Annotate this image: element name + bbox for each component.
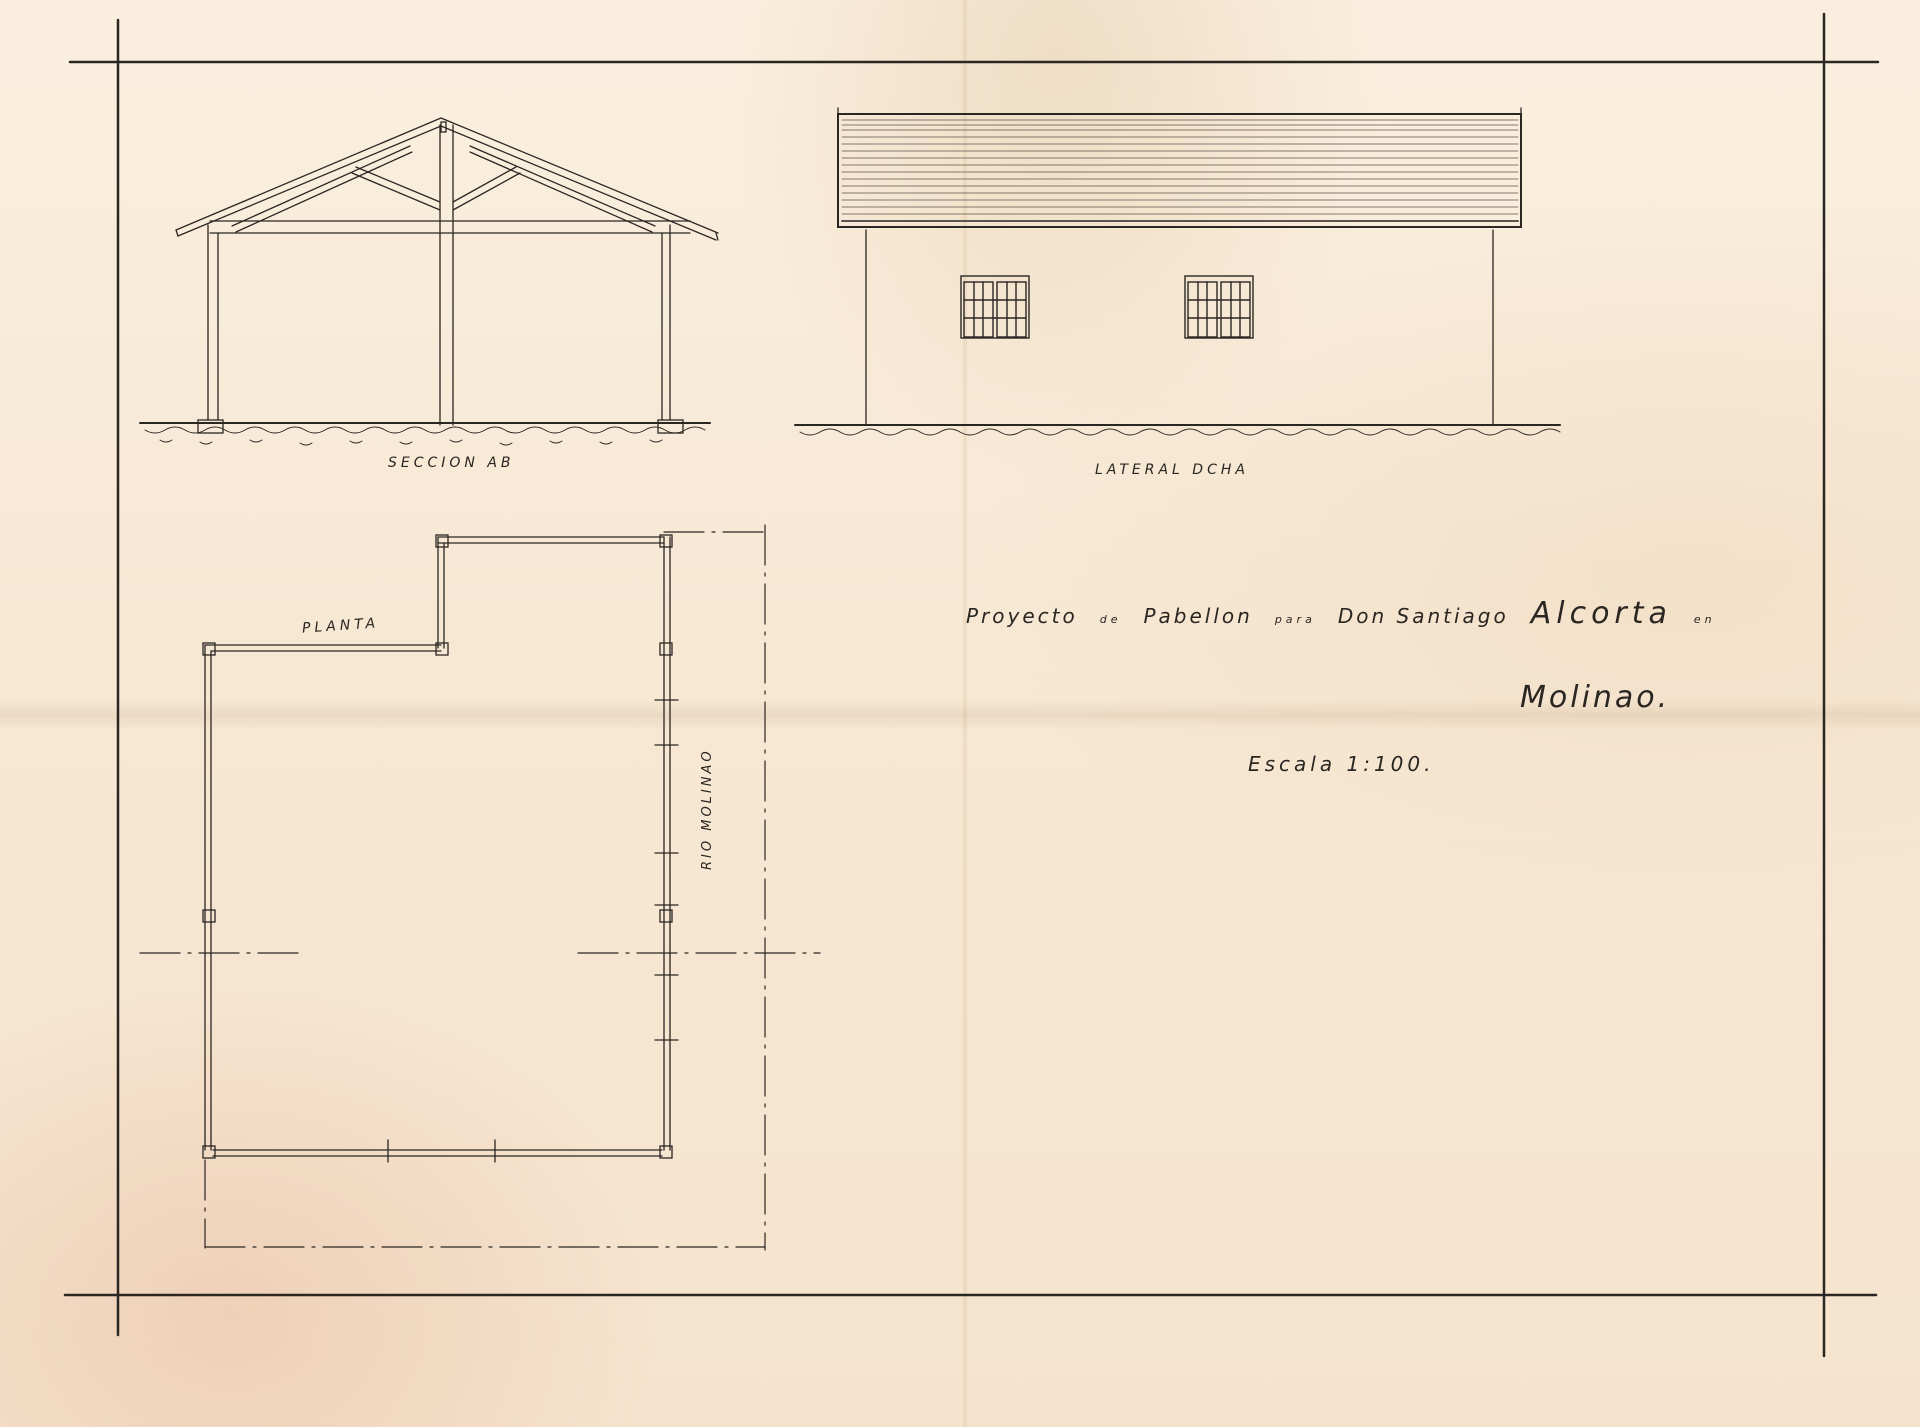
section-ab-drawing [140,118,718,445]
title-word-en: en [1694,613,1716,626]
title-word-para: para [1275,613,1316,626]
river-label: Rio Molinao [700,748,715,870]
lateral-elevation-drawing [795,108,1560,435]
plan-drawing [140,525,820,1250]
section-ab-label: Seccion AB [388,455,515,471]
owner-surname: Alcorta [1531,596,1672,631]
window-right [1185,276,1253,338]
title-word-pabellon: Pabellon [1143,604,1252,628]
scale-note: Escala 1:100. [1248,752,1434,776]
window-left [961,276,1029,338]
title-word-don-santiago: Don Santiago [1338,604,1509,628]
project-title: Proyecto de Pabellon para Don Santiago A… [966,596,1716,631]
title-word-de: de [1100,613,1122,626]
title-word-proyecto: Proyecto [966,604,1078,628]
place-name: Molinao. [1520,680,1670,715]
lateral-elevation-label: Lateral Dcha [1095,462,1249,478]
